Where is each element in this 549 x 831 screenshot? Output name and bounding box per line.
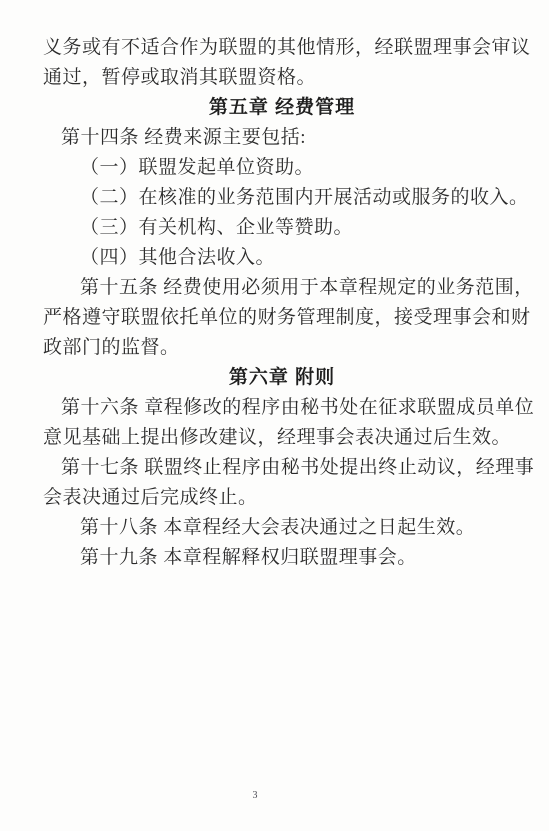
- paragraph-line: 严格遵守联盟依托单位的财务管理制度，接受理事会和财: [43, 303, 521, 333]
- document-page: 义务或有不适合作为联盟的其他情形，经联盟理事会审议 通过，暂停或取消其联盟资格。…: [0, 0, 549, 831]
- article-18-line: 第十八条 本章程经大会表决通过之日起生效。: [43, 513, 521, 543]
- list-item-2: （二）在核准的业务范围内开展活动或服务的收入。: [43, 183, 521, 213]
- chapter-6-heading: 第六章 附则: [43, 363, 521, 393]
- list-item-1: （一）联盟发起单位资助。: [43, 153, 521, 183]
- paragraph-line: 通过，暂停或取消其联盟资格。: [43, 63, 521, 93]
- paragraph-line: 意见基础上提出修改建议，经理事会表决通过后生效。: [43, 423, 521, 453]
- article-14-line: 第十四条 经费来源主要包括:: [43, 123, 521, 153]
- page-number: 3: [0, 790, 510, 801]
- article-19-line: 第十九条 本章程解释权归联盟理事会。: [43, 543, 521, 573]
- article-17-line: 第十七条 联盟终止程序由秘书处提出终止动议，经理事: [43, 453, 521, 483]
- paragraph-line: 政部门的监督。: [43, 333, 521, 363]
- list-item-3: （三）有关机构、企业等赞助。: [43, 213, 521, 243]
- paragraph-line: 会表决通过后完成终止。: [43, 483, 521, 513]
- chapter-5-heading: 第五章 经费管理: [43, 93, 521, 123]
- paragraph-line: 义务或有不适合作为联盟的其他情形，经联盟理事会审议: [43, 33, 521, 63]
- document-body: 义务或有不适合作为联盟的其他情形，经联盟理事会审议 通过，暂停或取消其联盟资格。…: [43, 33, 521, 573]
- article-16-line: 第十六条 章程修改的程序由秘书处在征求联盟成员单位: [43, 393, 521, 423]
- list-item-4: （四）其他合法收入。: [43, 243, 521, 273]
- article-15-line: 第十五条 经费使用必须用于本章程规定的业务范围，: [43, 273, 521, 303]
